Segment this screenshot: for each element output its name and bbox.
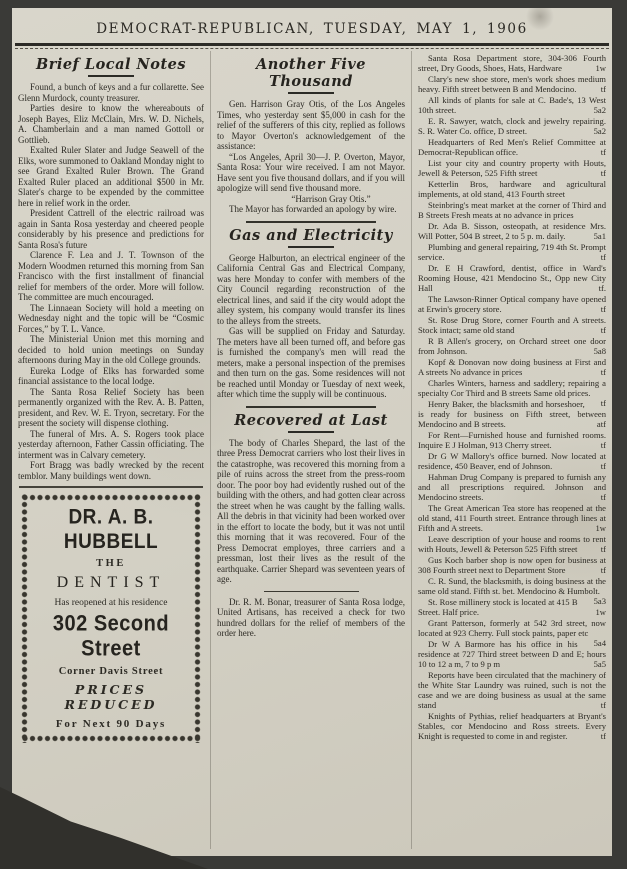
section-divider (246, 406, 376, 408)
classified-ads-list: Santa Rosa Department store, 304-306 Fou… (418, 53, 606, 741)
classified-ad-text: Headquarters of Red Men's Relief Committ… (418, 137, 606, 157)
classified-ad-tag: 5a3 (578, 596, 606, 606)
classified-ad-text: Gus Koch barber shop is now open for bus… (418, 555, 606, 575)
ad-reopen-note: Has reopened at his residence (33, 598, 189, 608)
classified-ad-text: The Lawson-Rinner Optical company have o… (418, 294, 606, 314)
thin-divider (264, 591, 359, 592)
news-paragraph: President Cattrell of the electric railr… (18, 208, 204, 250)
news-paragraph: The Ministerial Union met this morning a… (18, 334, 204, 366)
classified-ad-text: Santa Rosa Department store, 304-306 Fou… (418, 53, 606, 73)
classified-ad-tag: tf (585, 325, 606, 335)
classified-ad: Dr. Ada B. Sisson, osteopath, at residen… (418, 221, 606, 241)
classified-ad: C. R. Sund, the blacksmith, is doing bus… (418, 576, 606, 596)
classified-ad: Dr G W Mallory's office burned. Now loca… (418, 451, 606, 471)
news-paragraph: Gas will be supplied on Friday and Satur… (217, 326, 405, 400)
news-paragraph: “Los Angeles, April 30—J. P. Overton, Ma… (217, 152, 405, 194)
classified-ad: Hahman Drug Company is prepared to furni… (418, 472, 606, 502)
classified-ad-text: Henry Baker, the blacksmith and horsesho… (418, 399, 606, 429)
classified-ad-text: Ketterlin Bros, hardware and agricultura… (418, 179, 606, 199)
news-paragraph: Clarence F. Lea and J. T. Townson of the… (18, 250, 204, 303)
news-paragraph: Gen. Harrison Gray Otis, of the Los Ange… (217, 99, 405, 152)
classified-ad-text: Knights of Pythias, relief headquarters … (418, 711, 606, 741)
classified-ad-text: Dr. E H Crawford, dentist, office in War… (418, 263, 606, 293)
classified-ad: Kopf & Donovan now doing business at Fir… (418, 357, 606, 377)
classified-ad-tag: 5a2 (578, 126, 606, 136)
classified-ad-text: List your city and country property with… (418, 158, 606, 178)
classified-ad-tag: tf (585, 168, 606, 178)
classified-ad: For Rent—Furnished house and furnished r… (418, 430, 606, 450)
classified-ad: Dr W A Barmore has his office in his res… (418, 639, 606, 669)
section-body: George Halburton, an electrical engineer… (217, 253, 405, 400)
masthead-rule-thick (15, 43, 609, 46)
classified-ad: Dr. E H Crawford, dentist, office in War… (418, 263, 606, 293)
news-paragraph: Fort Bragg was badly wrecked by the rece… (18, 460, 204, 481)
classified-ad-tag: tf (585, 440, 606, 450)
classified-ad: Gus Koch barber shop is now open for bus… (418, 555, 606, 575)
classified-ad-tag: 1w (579, 523, 606, 533)
classified-ad: Charles Winters, harness and saddlery; r… (418, 378, 606, 398)
classified-ad-tag: 5a1 (578, 231, 606, 241)
classified-ad-text: For Rent—Furnished house and furnished r… (418, 430, 606, 450)
section-divider (246, 221, 376, 223)
telegram-signature: “Harrison Gray Otis.” (217, 194, 405, 205)
ad-article: THE (33, 558, 189, 569)
classified-ad-tag: 5a5 (578, 659, 606, 669)
classified-ad-text: Reports have been circulated that the ma… (418, 670, 606, 710)
classified-ad-text: C. R. Sund, the blacksmith, is doing bus… (418, 576, 606, 596)
classified-ad-tag: tf (585, 398, 606, 408)
classified-ad: Clary's new shoe store, men's work shoes… (418, 74, 606, 94)
classified-ad: Ketterlin Bros, hardware and agricultura… (418, 179, 606, 199)
classified-ad-text: Steinbring's meat market at the corner o… (418, 200, 606, 220)
masthead-title: DEMOCRAT-REPUBLICAN, TUESDAY, MAY 1, 190… (12, 8, 612, 37)
news-paragraph: The Mayor has forwarded an apology by wi… (217, 204, 405, 215)
brief-local-notes-body: Found, a bunch of keys and a fur collare… (18, 82, 204, 481)
column-middle: Another Five Thousand Gen. Harrison Gray… (210, 51, 411, 849)
classified-ad-tag: 1w (579, 607, 606, 617)
classified-ad: St. Rose Drug Store, corner Fourth and A… (418, 315, 606, 335)
classified-ad: E. R. Sawyer, watch, clock and jewelry r… (418, 116, 606, 136)
classified-ad-tag: atf (581, 419, 606, 429)
classified-ad: The Lawson-Rinner Optical company have o… (418, 294, 606, 314)
ad-promo: PRICES REDUCED (33, 682, 189, 712)
news-paragraph: The funeral of Mrs. A. S. Rogers took pl… (18, 429, 204, 461)
heading-gas-and-electricity: Gas and Electricity (217, 227, 405, 244)
classified-ad-text: St. Rose Drug Store, corner Fourth and A… (418, 315, 606, 335)
column-right: Santa Rosa Department store, 304-306 Fou… (411, 51, 612, 849)
classified-ad: Santa Rosa Department store, 304-306 Fou… (418, 53, 606, 73)
news-paragraph: Eureka Lodge of Elks has forwarded some … (18, 366, 204, 387)
classified-ad-tag: tf (585, 492, 606, 502)
classified-ad: Henry Baker, the blacksmith and horsesho… (418, 399, 606, 429)
classified-ad: Headquarters of Red Men's Relief Committ… (418, 137, 606, 157)
classified-ad: St. Rose millinery stock is located at 4… (418, 597, 606, 617)
ornamental-border-bottom (21, 734, 201, 743)
column-left: Brief Local Notes Found, a bunch of keys… (12, 51, 210, 849)
classified-ad-tag: tf (585, 565, 606, 575)
newspaper-page: DEMOCRAT-REPUBLICAN, TUESDAY, MAY 1, 190… (12, 8, 612, 856)
news-paragraph: Exalted Ruler Slater and Judge Seawell o… (18, 145, 204, 208)
classified-ad-text: Hahman Drug Company is prepared to furni… (418, 472, 606, 502)
ad-profession: DENTIST (33, 574, 189, 592)
section-gas-and-electricity: Gas and Electricity George Halburton, an… (217, 227, 405, 400)
columns: Brief Local Notes Found, a bunch of keys… (12, 51, 612, 849)
hubbell-dentist-ad: DR. A. B. HUBBELL THE DENTIST Has reopen… (19, 492, 203, 744)
classified-ad-tag: tf. (583, 283, 606, 293)
classified-ad-tag: tf (585, 367, 606, 377)
section-body: Gen. Harrison Gray Otis, of the Los Ange… (217, 99, 405, 194)
ad-cross-street: Corner Davis Street (33, 666, 189, 677)
classified-ad-text: Clary's new shoe store, men's work shoes… (418, 74, 606, 94)
news-paragraph: George Halburton, an electrical engineer… (217, 253, 405, 327)
news-paragraph: The Linnaean Society will hold a meeting… (18, 303, 204, 335)
ornamental-border-top (21, 493, 201, 502)
heading-brief-local-notes: Brief Local Notes (18, 56, 204, 73)
classified-ad-text: The Great American Tea store has reopene… (418, 503, 606, 533)
news-paragraph: The Santa Rosa Relief Society has been p… (18, 387, 204, 429)
section-body: The body of Charles Shepard, the last of… (217, 438, 405, 585)
newspaper-scan: DEMOCRAT-REPUBLICAN, TUESDAY, MAY 1, 190… (0, 0, 627, 869)
heading-rule (288, 246, 334, 248)
classified-ad-tag: tf (585, 731, 606, 741)
ad-promo-duration: For Next 90 Days (33, 718, 189, 730)
ad-address: 302 Second Street (33, 612, 189, 663)
heading-rule (288, 431, 334, 433)
classified-ad-tag: 1w (579, 63, 606, 73)
section-recovered-at-last: Recovered at Last The body of Charles Sh… (217, 412, 405, 585)
classified-ad: Steinbring's meat market at the corner o… (418, 200, 606, 220)
classified-ad-tag: tf (585, 252, 606, 262)
ornamental-border-right (193, 493, 202, 743)
classified-ad-tag: tf (585, 84, 606, 94)
classified-ad: Plumbing and general repairing, 719 4th … (418, 242, 606, 262)
classified-ad-text: Leave description of your house and room… (418, 534, 606, 554)
classified-ad: Grant Patterson, formerly at 542 3rd str… (418, 618, 606, 638)
classified-ad-tag: tf (585, 147, 606, 157)
ad-top-rule (19, 486, 203, 488)
heading-another-five-thousand: Another Five Thousand (217, 56, 405, 90)
classified-ad-tag: tf (585, 700, 606, 710)
classified-ad-tag: tf (585, 304, 606, 314)
classified-ad-text: Plumbing and general repairing, 719 4th … (418, 242, 606, 262)
classified-ad-tag: 5a4 (578, 638, 606, 648)
ad-doctor-name: DR. A. B. HUBBELL (33, 505, 189, 554)
classified-ad-text: St. Rose millinery stock is located at 4… (418, 597, 578, 617)
classified-ad-text: Charles Winters, harness and saddlery; r… (418, 378, 606, 398)
heading-rule (88, 75, 134, 77)
classified-ad-tag: tf (585, 461, 606, 471)
ornamental-border-left (20, 493, 29, 743)
heading-rule (288, 92, 334, 94)
classified-ad: R B Allen's grocery, on Orchard street o… (418, 336, 606, 356)
classified-ad-text: Kopf & Donovan now doing business at Fir… (418, 357, 606, 377)
classified-ad-tag: 5a2 (578, 105, 606, 115)
classified-ad-text: Dr G W Mallory's office burned. Now loca… (418, 451, 606, 471)
bonar-footnote: Dr. R. M. Bonar, treasurer of Santa Rosa… (217, 597, 405, 639)
classified-ad: Leave description of your house and room… (418, 534, 606, 554)
classified-ad: Knights of Pythias, relief headquarters … (418, 711, 606, 741)
classified-ad: The Great American Tea store has reopene… (418, 503, 606, 533)
news-paragraph: Parties desire to know the whereabouts o… (18, 103, 204, 145)
news-paragraph: The body of Charles Shepard, the last of… (217, 438, 405, 585)
heading-recovered-at-last: Recovered at Last (217, 412, 405, 429)
section-another-five-thousand: Another Five Thousand Gen. Harrison Gray… (217, 56, 405, 215)
classified-ad-tag: tf (585, 544, 606, 554)
classified-ad-tag: 5a8 (578, 346, 606, 356)
classified-ad: Reports have been circulated that the ma… (418, 670, 606, 710)
masthead-rule-thin (15, 48, 609, 49)
news-paragraph: Found, a bunch of keys and a fur collare… (18, 82, 204, 103)
classified-ad-text: Grant Patterson, formerly at 542 3rd str… (418, 618, 606, 638)
classified-ad: All kinds of plants for sale at C. Bade'… (418, 95, 606, 115)
classified-ad: List your city and country property with… (418, 158, 606, 178)
